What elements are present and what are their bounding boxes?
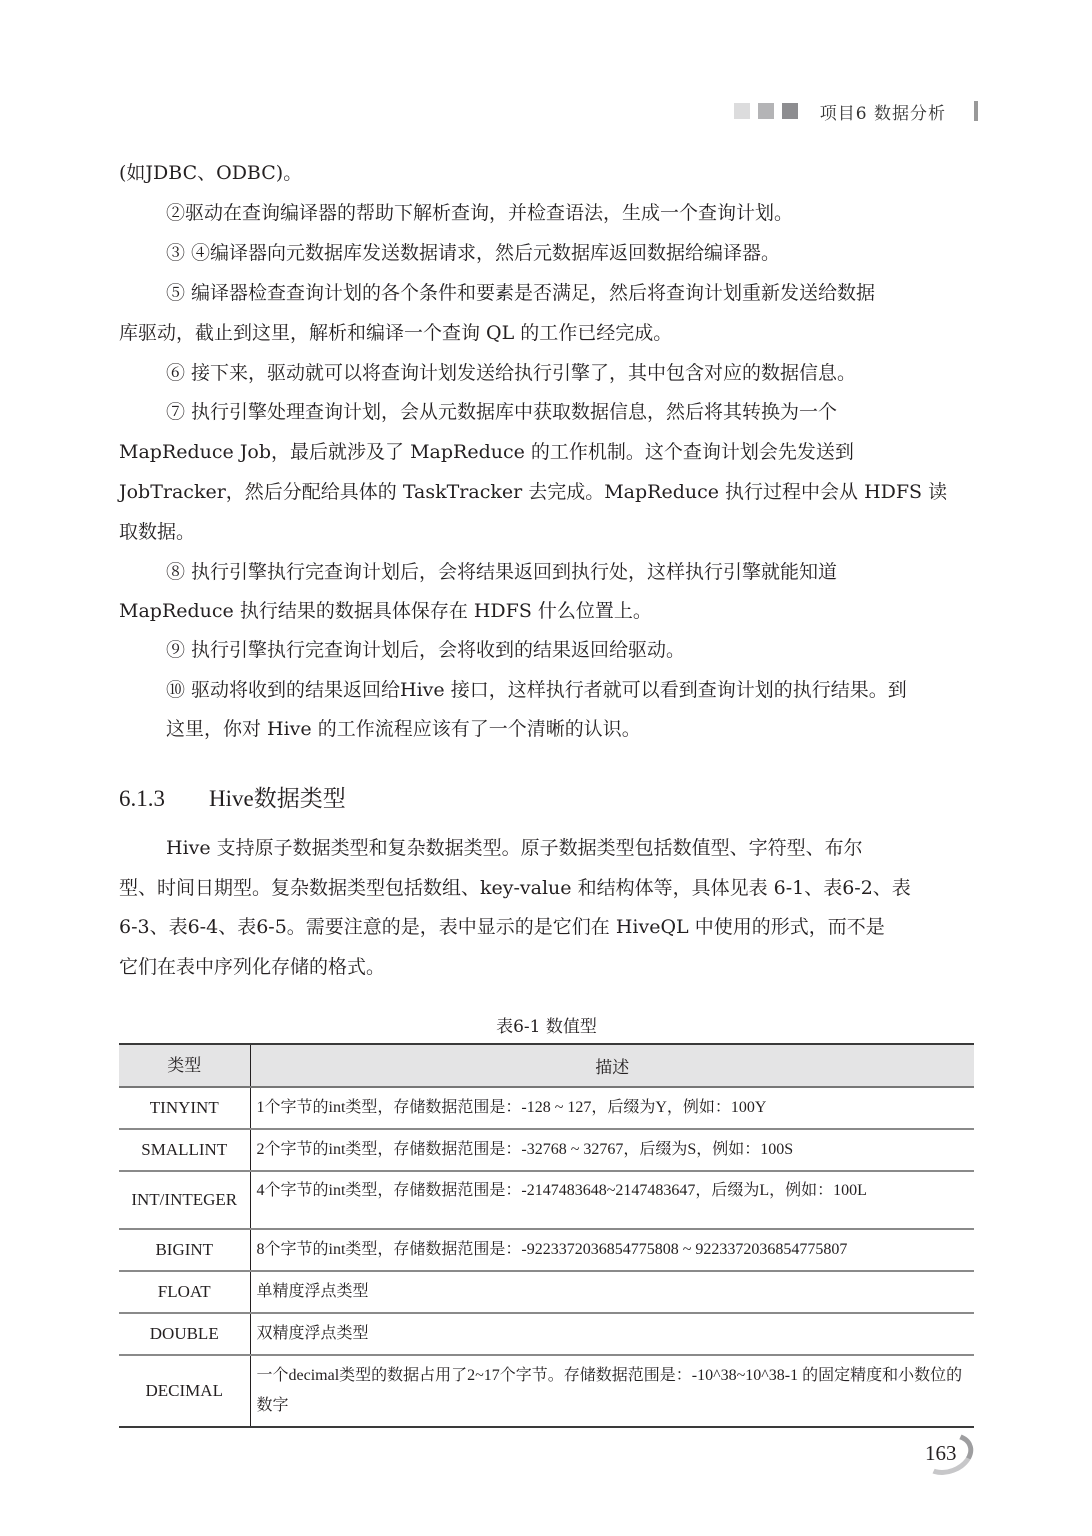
header-square-dark-icon (782, 103, 798, 119)
cell-type: DECIMAL (119, 1355, 250, 1427)
cell-type: DOUBLE (119, 1313, 250, 1355)
cell-description: 2个字节的int类型，存储数据范围是：-32768 ~ 32767，后缀为S，例… (250, 1129, 974, 1171)
header-square-light-icon (734, 103, 750, 119)
paragraph-line: MapReduce Job，最后就涉及了 MapReduce 的工作机制。这个查… (119, 442, 979, 462)
paragraph-line: ②驱动在查询编译器的帮助下解析查询，并检查语法，生成一个查询计划。 (119, 203, 979, 223)
cell-type: BIGINT (119, 1229, 250, 1271)
paragraph-line: ⑨ 执行引擎执行完查询计划后，会将收到的结果返回给驱动。 (119, 640, 979, 660)
table-header-row: 类型 描述 (119, 1044, 974, 1087)
table-row: TINYINT 1个字节的int类型，存储数据范围是：-128 ~ 127，后缀… (119, 1087, 974, 1129)
paragraph-line: 取数据。 (119, 522, 979, 542)
cell-type: SMALLINT (119, 1129, 250, 1171)
table-row: DECIMAL 一个decimal类型的数据占用了2~17个字节。存储数据范围是… (119, 1355, 974, 1427)
paragraph-line: ⑧ 执行引擎执行完查询计划后，会将结果返回到执行处，这样执行引擎就能知道 (119, 562, 979, 582)
cell-description: 4个字节的int类型，存储数据范围是：-2147483648~214748364… (250, 1171, 974, 1229)
paragraph-line: Hive 支持原子数据类型和复杂数据类型。原子数据类型包括数值型、字符型、布尔 (119, 838, 979, 858)
header-description: 描述 (250, 1044, 974, 1087)
paragraph-line: 6-3、表6-4、表6-5。需要注意的是，表中显示的是它们在 HiveQL 中使… (119, 917, 979, 937)
table-row: BIGINT 8个字节的int类型，存储数据范围是：-9223372036854… (119, 1229, 974, 1271)
cell-description: 单精度浮点类型 (250, 1271, 974, 1313)
paragraph-line: ⑤ 编译器检查查询计划的各个条件和要素是否满足，然后将查询计划重新发送给数据 (119, 283, 979, 303)
cell-type: INT/INTEGER (119, 1171, 250, 1229)
cell-type: TINYINT (119, 1087, 250, 1129)
paragraph-line: ⑥ 接下来，驱动就可以将查询计划发送给执行引擎了，其中包含对应的数据信息。 (119, 363, 979, 383)
paragraph-line: (如JDBC、ODBC)。 (119, 163, 979, 183)
paragraph-line: ⑦ 执行引擎处理查询计划，会从元数据库中获取数据信息，然后将其转换为一个 (119, 402, 979, 422)
cell-description: 1个字节的int类型，存储数据范围是：-128 ~ 127，后缀为Y，例如：10… (250, 1087, 974, 1129)
paragraph-line: MapReduce 执行结果的数据具体保存在 HDFS 什么位置上。 (119, 601, 979, 621)
chapter-title: 项目6 数据分析 (820, 99, 946, 124)
section-heading: 6.1.3Hive数据类型 (119, 780, 346, 813)
section-number: 6.1.3 (119, 786, 209, 812)
table-row: SMALLINT 2个字节的int类型，存储数据范围是：-32768 ~ 327… (119, 1129, 974, 1171)
header-bar-icon (974, 101, 978, 121)
table-row: INT/INTEGER 4个字节的int类型，存储数据范围是：-21474836… (119, 1171, 974, 1229)
numeric-types-table: 类型 描述 TINYINT 1个字节的int类型，存储数据范围是：-128 ~ … (119, 1043, 974, 1428)
cell-description: 8个字节的int类型，存储数据范围是：-9223372036854775808 … (250, 1229, 974, 1271)
paragraph-line: 它们在表中序列化存储的格式。 (119, 957, 979, 977)
paragraph-line: 库驱动，截止到这里，解析和编译一个查询 QL 的工作已经完成。 (119, 323, 979, 343)
page-number: 163 (925, 1441, 957, 1466)
paragraph-line: ⑩ 驱动将收到的结果返回给Hive 接口，这样执行者就可以看到查询计划的执行结果… (119, 680, 979, 700)
table-row: DOUBLE 双精度浮点类型 (119, 1313, 974, 1355)
section-title: Hive数据类型 (209, 786, 346, 811)
cell-description: 一个decimal类型的数据占用了2~17个字节。存储数据范围是：-10^38~… (250, 1355, 974, 1427)
paragraph-line: 型、时间日期型。复杂数据类型包括数组、key-value 和结构体等，具体见表 … (119, 878, 979, 898)
table-caption: 表6-1 数值型 (119, 1012, 974, 1037)
header-type: 类型 (119, 1044, 250, 1087)
running-header: 项目6 数据分析 (734, 100, 978, 122)
table-row: FLOAT 单精度浮点类型 (119, 1271, 974, 1313)
paragraph-line: JobTracker，然后分配给具体的 TaskTracker 去完成。MapR… (119, 482, 979, 502)
paragraph-line: 这里，你对 Hive 的工作流程应该有了一个清晰的认识。 (119, 719, 979, 739)
header-square-medium-icon (758, 103, 774, 119)
cell-description: 双精度浮点类型 (250, 1313, 974, 1355)
cell-type: FLOAT (119, 1271, 250, 1313)
paragraph-line: ③ ④编译器向元数据库发送数据请求，然后元数据库返回数据给编译器。 (119, 243, 979, 263)
page-number-badge: 163 (918, 1432, 978, 1478)
